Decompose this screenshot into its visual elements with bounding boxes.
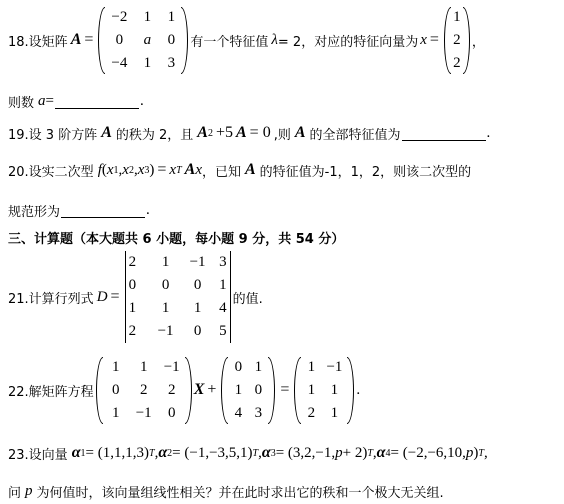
matrix-cell: −1 bbox=[129, 402, 159, 425]
alpha-4-value: = (−2,−6,10, bbox=[391, 445, 466, 462]
matrix-cell: 1 bbox=[129, 356, 159, 379]
det-cell: 0 bbox=[129, 274, 151, 297]
q21-tail: 的值. bbox=[233, 288, 263, 307]
q23-end: , bbox=[484, 445, 488, 462]
matrix-cell: 1 bbox=[248, 356, 268, 379]
q20-x3: x bbox=[138, 162, 145, 179]
matrix-cell: −2 bbox=[105, 6, 133, 29]
matrix-cell: 1 bbox=[321, 402, 347, 425]
q19-prefix: 19.设 3 阶方阵 bbox=[8, 124, 97, 143]
q20-line2: 规范形为 . bbox=[8, 200, 150, 220]
alpha-2-value: = (−1,−3,5,1) bbox=[172, 445, 252, 462]
matrix-cell: 1 bbox=[161, 6, 181, 29]
q18-matrix-name: A bbox=[71, 31, 82, 49]
q20-prefix: 20.设实二次型 bbox=[8, 161, 94, 180]
matrix-cell: 0 bbox=[159, 402, 185, 425]
q23-line2-p: p bbox=[25, 483, 33, 500]
q22-X: X bbox=[194, 381, 205, 399]
alpha-4-p: p bbox=[466, 445, 474, 462]
matrix-cell: 2 bbox=[159, 379, 185, 402]
matrix-cell: 1 bbox=[133, 6, 161, 29]
matrix-cell: 0 bbox=[105, 29, 133, 52]
matrix-cell: 2 bbox=[301, 402, 321, 425]
question-22: 22.解矩阵方程 1 1 −1 0 2 2 1 −1 0 X + 0 1 1 0… bbox=[8, 354, 360, 426]
matrix-cell: 1 bbox=[301, 356, 321, 379]
answer-blank-19[interactable] bbox=[402, 126, 486, 141]
alpha-4: α bbox=[377, 444, 386, 462]
question-18: 18.设矩阵 A = −2 1 1 0 a 0 −4 1 3 有一个特征值 λ … bbox=[8, 4, 485, 76]
det-cell: 5 bbox=[215, 320, 227, 343]
matrix-cell: 1 bbox=[103, 356, 129, 379]
det-cell: −1 bbox=[181, 251, 215, 274]
q19-text3: 的全部特征值为 bbox=[310, 124, 401, 143]
det-cell: 3 bbox=[215, 251, 227, 274]
q20-eq: = bbox=[157, 161, 166, 179]
det-cell: 2 bbox=[129, 251, 151, 274]
matrix-cell: 0 bbox=[103, 379, 129, 402]
q21-eq: = bbox=[111, 288, 120, 306]
question-19: 19.设 3 阶方阵 A 的秩为 2，且 A 2 +5 A = 0 ,则 A 的… bbox=[8, 122, 490, 144]
q19-text2: ,则 bbox=[274, 124, 291, 143]
q20-close: ) bbox=[149, 162, 154, 179]
matrix-cell: 3 bbox=[248, 402, 268, 425]
matrix-cell: 1 bbox=[301, 379, 321, 402]
q20-Ax-A: A bbox=[185, 161, 196, 179]
matrix-cell: 4 bbox=[228, 402, 248, 425]
alpha-3-p: p bbox=[335, 445, 343, 462]
q18-line2-end: . bbox=[140, 93, 144, 110]
q20-xT: x bbox=[169, 162, 176, 179]
q20-line2-end: . bbox=[146, 202, 150, 219]
q22-plus: + bbox=[207, 381, 216, 399]
alpha-3-value: = (3,2,−1, bbox=[276, 445, 335, 462]
matrix-cell: 1 bbox=[103, 402, 129, 425]
question-20: 20.设实二次型 f ( x1, x2, x3 ) = xT Ax ，已知 A … bbox=[8, 159, 471, 181]
q18-line2-eq: = bbox=[46, 93, 54, 110]
det-cell: 1 bbox=[151, 251, 181, 274]
q18-lambda-eq: = 2，对应的特征向量为 bbox=[278, 31, 418, 50]
q22-matrix-2: 0 1 1 0 4 3 bbox=[221, 356, 275, 425]
matrix-cell: 1 bbox=[321, 379, 347, 402]
question-23: 23.设向量 α1 = (1,1,1,3)T , α2 = (−1,−3,5,1… bbox=[8, 441, 488, 465]
matrix-cell: −1 bbox=[159, 356, 185, 379]
q18-text1: 有一个特征值 bbox=[190, 31, 268, 50]
vector-cell: 2 bbox=[451, 52, 463, 75]
det-cell: 0 bbox=[181, 320, 215, 343]
q18-eigenvector: 1 2 2 bbox=[444, 6, 470, 75]
matrix-cell: 0 bbox=[161, 29, 181, 52]
alpha-1-value: = (1,1,1,3) bbox=[86, 445, 149, 462]
q18-equals: = bbox=[84, 31, 93, 49]
q20-Ax-x: x bbox=[195, 162, 202, 179]
question-21: 21.计算行列式 D = 2 1 −1 3 0 0 0 1 1 1 1 4 2 … bbox=[8, 251, 263, 343]
q19-A: A bbox=[101, 124, 112, 142]
vector-cell: 2 bbox=[451, 29, 463, 52]
matrix-cell: −4 bbox=[105, 52, 133, 75]
q18-line2-var: a bbox=[38, 93, 46, 110]
q23-prefix: 23.设向量 bbox=[8, 444, 68, 463]
alpha-3-rest: + 2) bbox=[343, 445, 368, 462]
q18-tail: ， bbox=[472, 31, 485, 50]
matrix-cell: 0 bbox=[228, 356, 248, 379]
det-cell: 1 bbox=[129, 297, 151, 320]
q18-vec-name: x bbox=[420, 32, 427, 49]
q22-eq: = bbox=[280, 381, 289, 399]
q21-determinant: 2 1 −1 3 0 0 0 1 1 1 1 4 2 −1 0 5 bbox=[125, 251, 231, 343]
q19-A2: A bbox=[295, 124, 306, 142]
answer-blank-20[interactable] bbox=[61, 203, 145, 218]
matrix-cell: 0 bbox=[248, 379, 268, 402]
vector-cell: 1 bbox=[451, 6, 463, 29]
q22-matrix-3: 1 −1 1 1 2 1 bbox=[294, 356, 354, 425]
det-cell: 1 bbox=[215, 274, 227, 297]
matrix-cell: 1 bbox=[228, 379, 248, 402]
det-cell: 4 bbox=[215, 297, 227, 320]
q19-eq-A: A bbox=[197, 124, 208, 142]
q19-exp: 2 bbox=[208, 128, 213, 139]
matrix-cell: 2 bbox=[129, 379, 159, 402]
q22-prefix: 22.解矩阵方程 bbox=[8, 381, 94, 400]
det-cell: 1 bbox=[151, 297, 181, 320]
section-3-title: 三、计算题（本大题共 6 小题，每小题 9 分，共 54 分） bbox=[8, 228, 344, 247]
q21-prefix: 21.计算行列式 bbox=[8, 288, 94, 307]
q19-plus5: +5 bbox=[216, 124, 233, 142]
q18-matrix: −2 1 1 0 a 0 −4 1 3 bbox=[98, 6, 188, 75]
matrix-cell: a bbox=[133, 29, 161, 52]
q20-T: T bbox=[176, 165, 182, 176]
q20-A: A bbox=[245, 161, 256, 179]
matrix-cell: 1 bbox=[133, 52, 161, 75]
q21-D: D bbox=[97, 289, 108, 306]
alpha-1: α bbox=[72, 444, 81, 462]
matrix-cell: 3 bbox=[161, 52, 181, 75]
det-cell: 1 bbox=[181, 297, 215, 320]
q20-line2-text: 规范形为 bbox=[8, 201, 60, 220]
q18-vec-equals: = bbox=[430, 31, 439, 49]
q19-eq-A2: A bbox=[236, 124, 247, 142]
q23-line2: 问 p 为何值时，该向量组线性相关？并在此时求出它的秩和一个极大无关组. bbox=[8, 481, 444, 501]
q18-prefix: 18.设矩阵 bbox=[8, 31, 68, 50]
matrix-cell: −1 bbox=[321, 356, 347, 379]
q20-x1: x bbox=[107, 162, 114, 179]
q20-text2: 的特征值为-1，1，2，则该二次型的 bbox=[260, 161, 472, 180]
q23-line2-pre: 问 bbox=[8, 482, 21, 501]
q18-line2: 则数 a = . bbox=[8, 91, 144, 111]
q23-line2-text: 为何值时，该向量组线性相关？并在此时求出它的秩和一个极大无关组. bbox=[37, 482, 444, 501]
alpha-3: α bbox=[262, 444, 271, 462]
q18-line2-prefix: 则数 bbox=[8, 92, 34, 111]
q22-tail: . bbox=[356, 382, 360, 399]
q20-x2: x bbox=[122, 162, 129, 179]
q20-text1: ，已知 bbox=[202, 161, 241, 180]
q19-eq-rhs: = 0 bbox=[250, 124, 271, 142]
det-cell: 2 bbox=[129, 320, 151, 343]
q19-text1: 的秩为 2，且 bbox=[116, 124, 193, 143]
det-cell: −1 bbox=[151, 320, 181, 343]
section-3-heading: 三、计算题（本大题共 6 小题，每小题 9 分，共 54 分） bbox=[8, 227, 344, 247]
q22-matrix-1: 1 1 −1 0 2 2 1 −1 0 bbox=[96, 356, 192, 425]
alpha-2: α bbox=[158, 444, 167, 462]
det-cell: 0 bbox=[151, 274, 181, 297]
answer-blank-18[interactable] bbox=[55, 94, 139, 109]
q19-end: . bbox=[487, 125, 491, 142]
det-cell: 0 bbox=[181, 274, 215, 297]
